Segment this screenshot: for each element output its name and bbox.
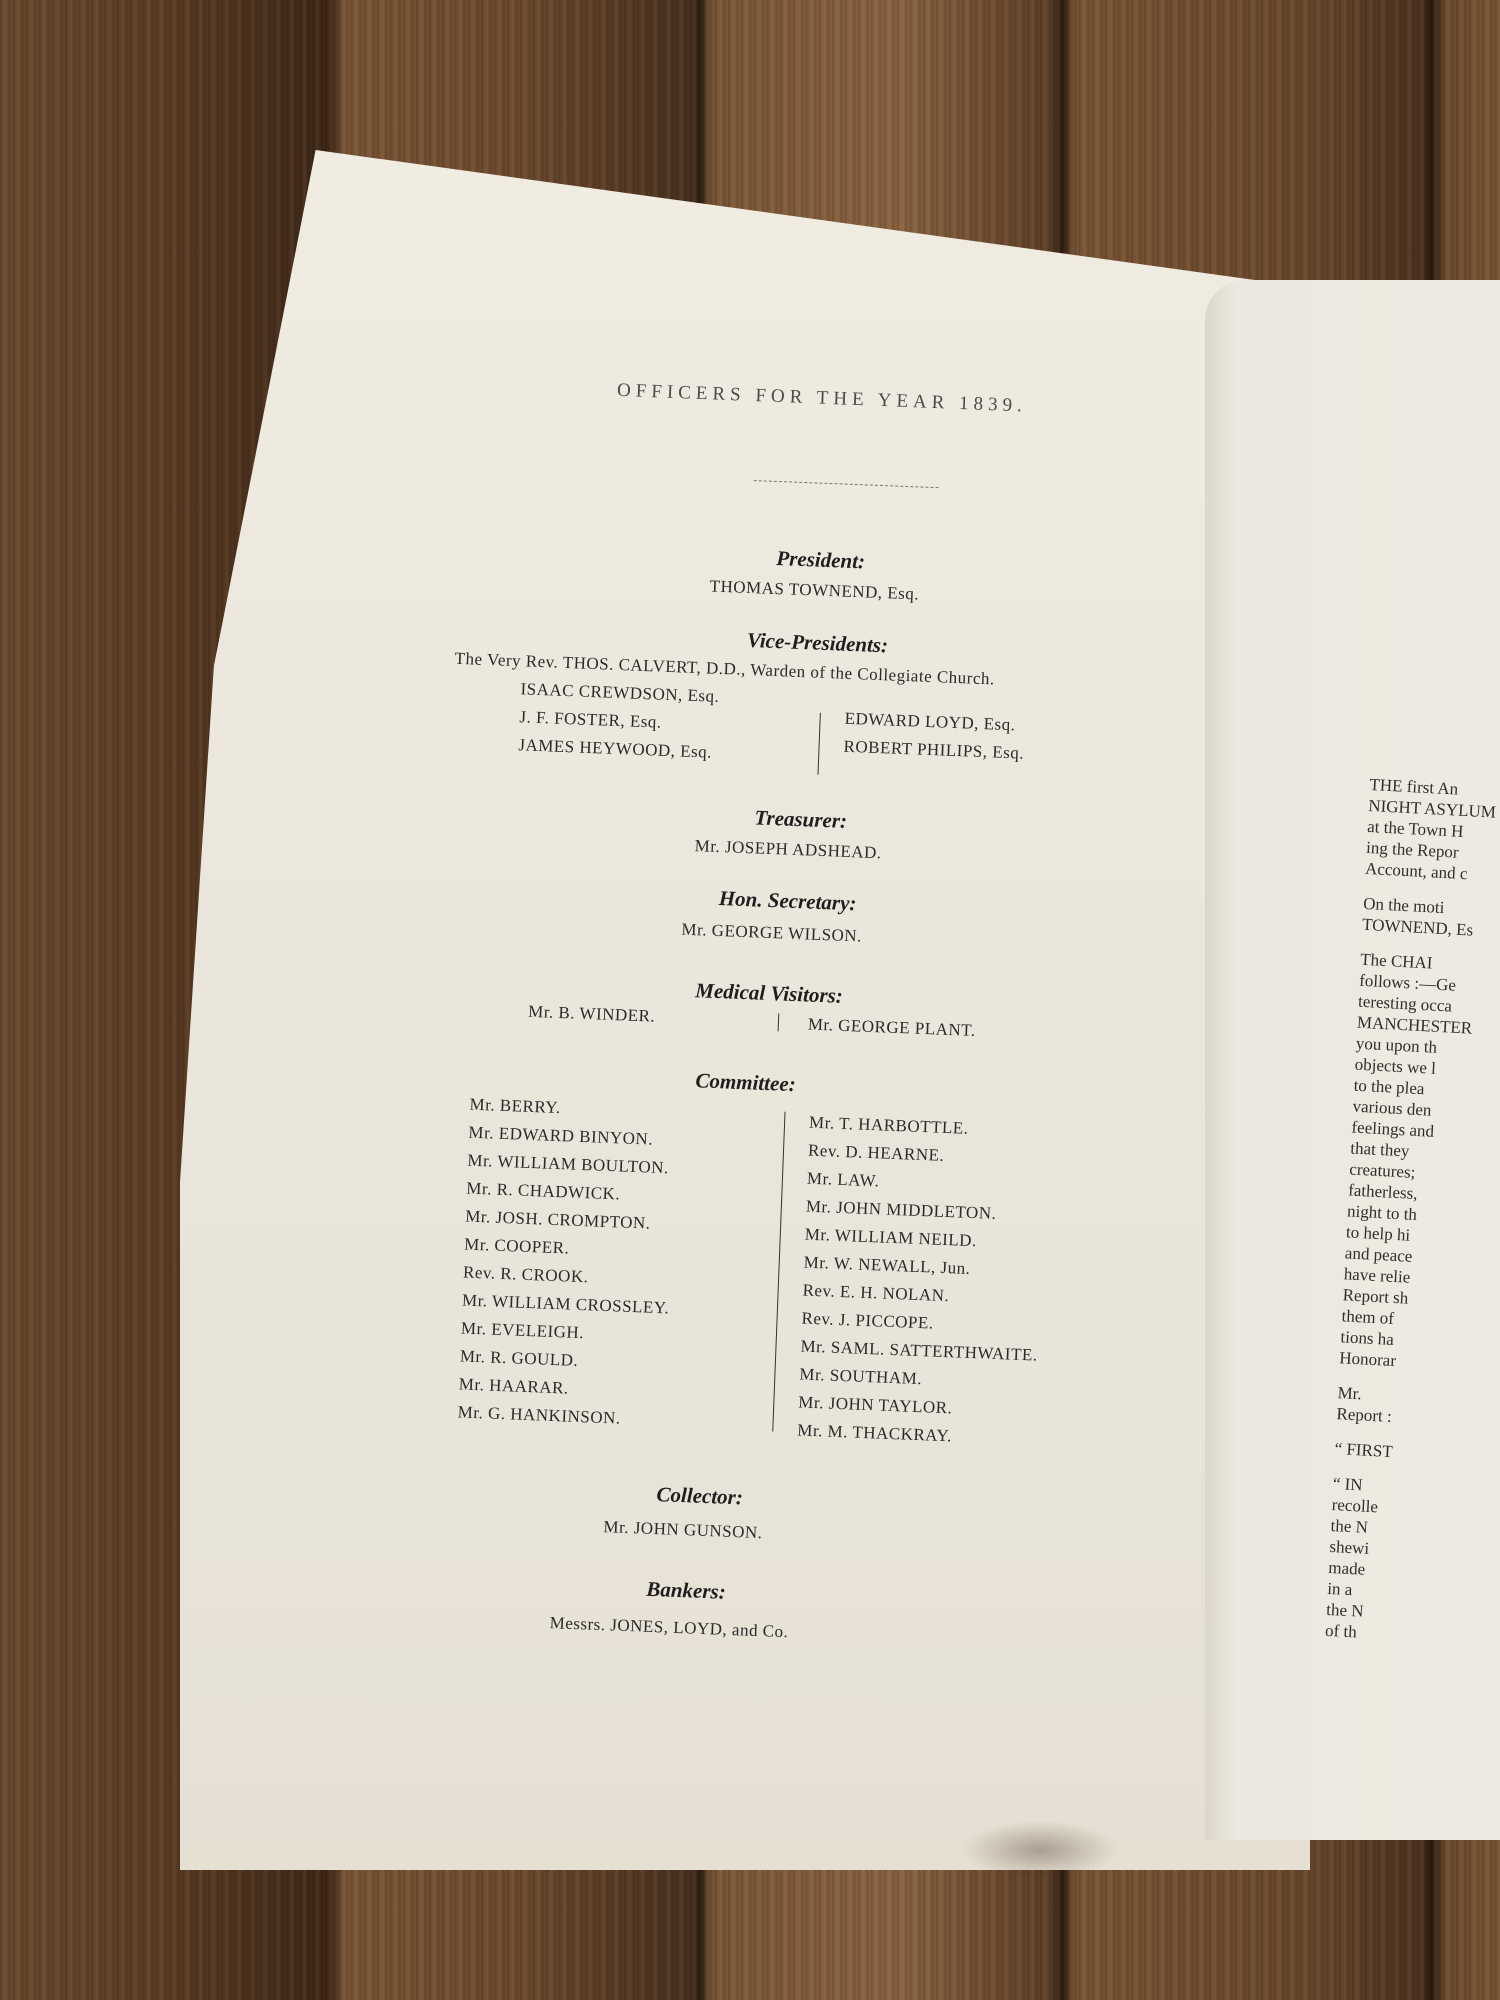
committee-left: Mr. BERRY. Mr. EDWARD BINYON. Mr. WILLIA… xyxy=(457,1095,677,1439)
medical-visitor: Mr. GEORGE PLANT. xyxy=(808,1015,976,1041)
president-heading: President: xyxy=(620,540,1021,580)
committee-right: Mr. T. HARBOTTLE. Rev. D. HEARNE. Mr. LA… xyxy=(797,1113,1047,1458)
officers-list: OFFICERS FOR THE YEAR 1839. President: T… xyxy=(141,129,1336,1891)
treasurer-heading: Treasurer: xyxy=(600,799,1001,839)
page-title: OFFICERS FOR THE YEAR 1839. xyxy=(617,380,1028,418)
bankers-heading: Bankers: xyxy=(486,1571,887,1611)
president-name: THOMAS TOWNEND, Esq. xyxy=(709,576,919,604)
bankers-name: Messrs. JONES, LOYD, and Co. xyxy=(549,1613,788,1642)
vice-presidents-left: ISAAC CREWDSON, Esq. J. F. FOSTER, Esq. … xyxy=(518,679,720,771)
collector-name: Mr. JOHN GUNSON. xyxy=(603,1517,763,1543)
vice-president: ROBERT PHILIPS, Esq. xyxy=(843,737,1025,772)
column-divider xyxy=(778,1013,780,1031)
hon-secretary-heading: Hon. Secretary: xyxy=(587,881,988,921)
column-divider xyxy=(817,713,820,775)
committee-heading: Committee: xyxy=(545,1063,946,1103)
collector-heading: Collector: xyxy=(499,1476,900,1516)
column-divider xyxy=(772,1112,785,1432)
vice-presidents-right: EDWARD LOYD, Esq. ROBERT PHILIPS, Esq. xyxy=(843,709,1026,772)
treasurer-name: Mr. JOSEPH ADSHEAD. xyxy=(694,836,882,863)
hon-secretary-name: Mr. GEORGE WILSON. xyxy=(681,920,862,947)
title-rule xyxy=(754,480,939,488)
medical-visitor: Mr. B. WINDER. xyxy=(528,1002,656,1027)
